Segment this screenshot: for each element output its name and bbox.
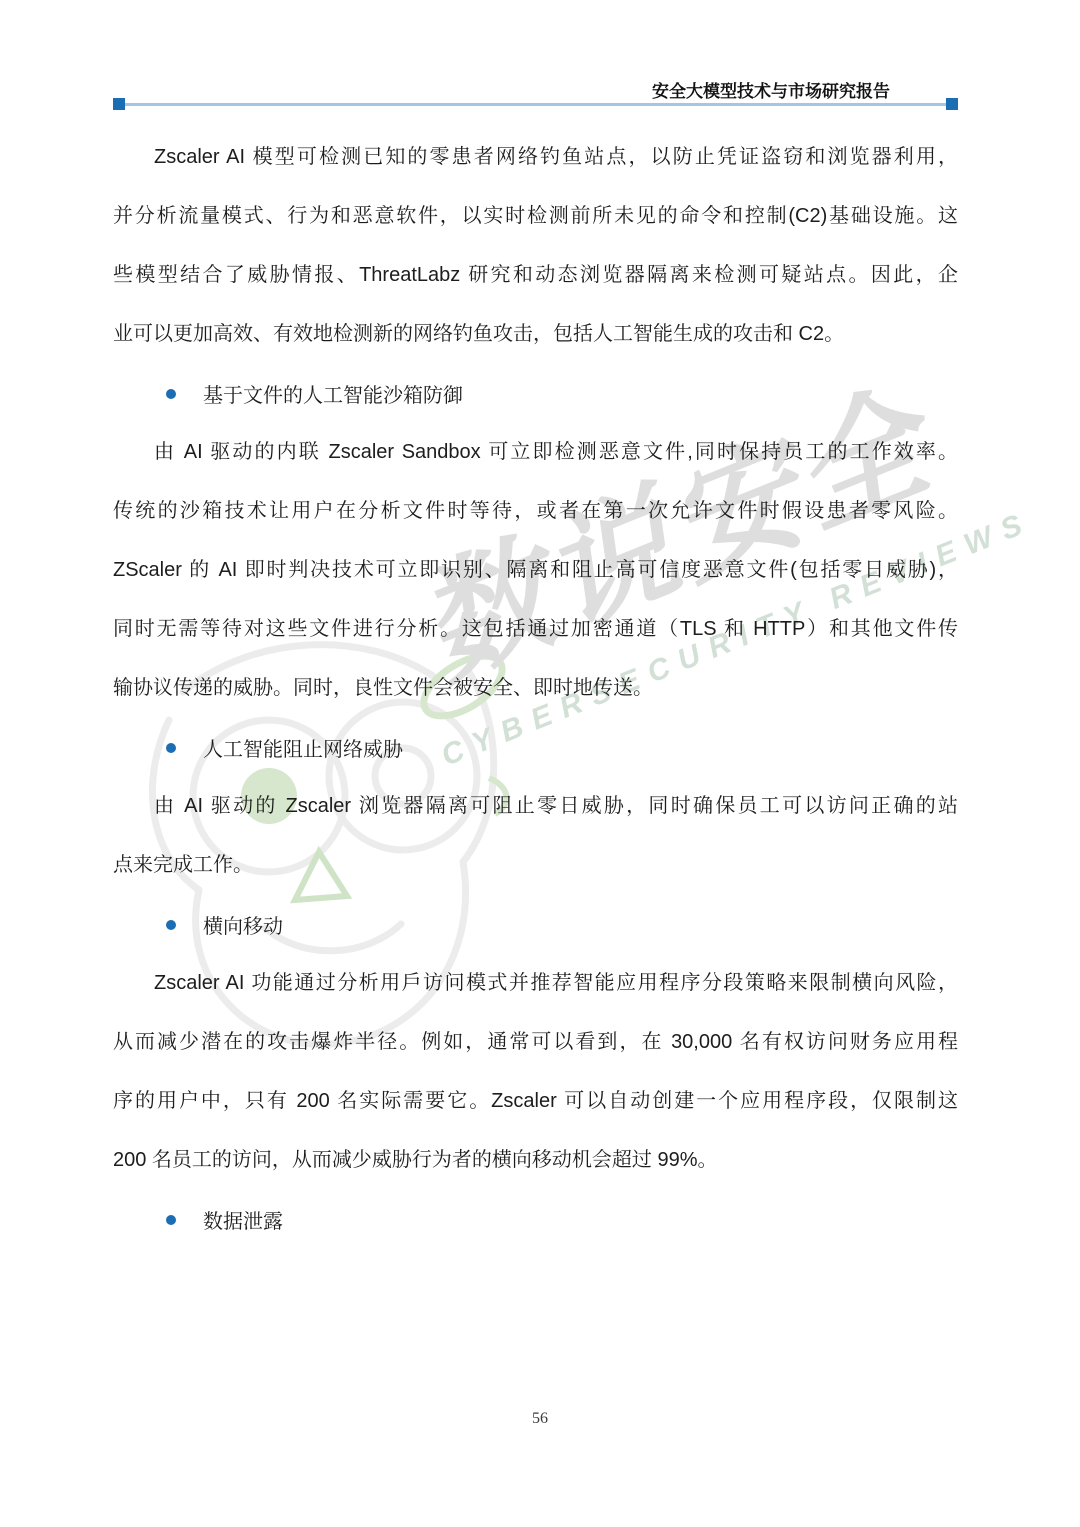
header-rule-right-square-icon [946, 98, 958, 110]
text-line: 传统的沙箱技术让用户在分析文件时等待，或者在第一次允许文件时假设患者零风险。 [113, 482, 958, 541]
bullet-label: 基于文件的人工智能沙箱防御 [203, 379, 463, 408]
page-number: 56 [0, 1410, 1080, 1428]
bullet-label: 数据泄露 [203, 1205, 283, 1234]
text-line: ZScaler 的 AI 即时判决技术可立即识别、隔离和阻止高可信度恶意文件(包… [113, 541, 958, 600]
text-line: 些模型结合了威胁情报、ThreatLabz 研究和动态浏览器隔离来检测可疑站点。… [113, 246, 958, 305]
text-line: 由 AI 驱动的内联 Zscaler Sandbox 可立即检测恶意文件,同时保… [113, 423, 958, 482]
text-line: Zscaler AI 功能通过分析用戶访问模式并推荐智能应用程序分段策略来限制横… [113, 954, 958, 1013]
text-line: 由 AI 驱动的 Zscaler 浏览器隔离可阻止零日威胁，同时确保员工可以访问… [113, 777, 958, 836]
bullet-icon [166, 389, 176, 399]
page-header-title: 安全大模型技术与市场研究报告 [652, 77, 890, 102]
text-line: 点来完成工作。 [113, 836, 958, 895]
bullet-item: 横向移动 [113, 895, 958, 954]
text-line: 200 名员工的访问，从而减少威胁行为者的横向移动机会超过 99%。 [113, 1131, 958, 1190]
bullet-icon [166, 743, 176, 753]
text-line: 序的用户中，只有 200 名实际需要它。Zscaler 可以自动创建一个应用程序… [113, 1072, 958, 1131]
bullet-item: 基于文件的人工智能沙箱防御 [113, 364, 958, 423]
content-flow: Zscaler AI 模型可检测已知的零患者网络钓鱼站点，以防止凭证盗窃和浏览器… [113, 128, 958, 1249]
text-line: 从而减少潜在的攻击爆炸半径。例如，通常可以看到，在 30,000 名有权访问财务… [113, 1013, 958, 1072]
text-line: 输协议传递的威胁。同时，良性文件会被安全、即时地传送。 [113, 659, 958, 718]
text-line: 并分析流量模式、行为和恶意软件，以实时检测前所未见的命令和控制(C2)基础设施。… [113, 187, 958, 246]
bullet-icon [166, 920, 176, 930]
bullet-icon [166, 1215, 176, 1225]
document-page: 数说安全 CYBERSECURITY REVIEWS 安全大模型技术与市场研究报… [0, 0, 1080, 1527]
text-line: Zscaler AI 模型可检测已知的零患者网络钓鱼站点，以防止凭证盗窃和浏览器… [113, 128, 958, 187]
bullet-item: 人工智能阻止网络威胁 [113, 718, 958, 777]
bullet-label: 横向移动 [203, 910, 283, 939]
text-line: 同时无需等待对这些文件进行分析。这包括通过加密通道（TLS 和 HTTP）和其他… [113, 600, 958, 659]
header-rule-left-square-icon [113, 98, 125, 110]
header-rule [113, 103, 958, 106]
bullet-item: 数据泄露 [113, 1190, 958, 1249]
text-line: 业可以更加高效、有效地检测新的网络钓鱼攻击，包括人工智能生成的攻击和 C2。 [113, 305, 958, 364]
bullet-label: 人工智能阻止网络威胁 [203, 733, 403, 762]
